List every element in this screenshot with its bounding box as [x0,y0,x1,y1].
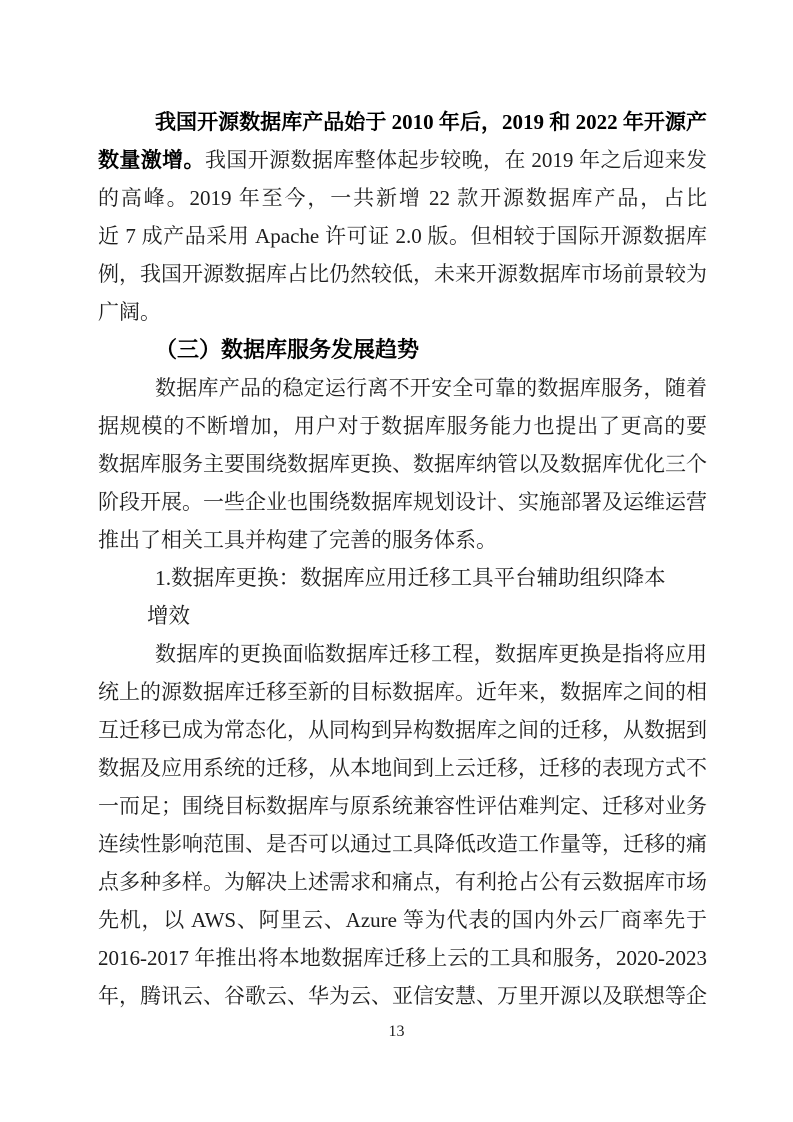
paragraph-1-line-1: 我国开源数据库产品始于 2010 年后，2019 和 2022 年开源产品 [98,103,707,141]
paragraph-2-line-4: 阶段开展。一些企业也围绕数据库规划设计、实施部署及运维运营 [98,483,707,521]
subheading-1-line-1: 1.数据库更换：数据库应用迁移工具平台辅助组织降本 [98,559,707,597]
document-page: 我国开源数据库产品始于 2010 年后，2019 和 2022 年开源产品 数量… [0,0,793,1122]
paragraph-3-line-9: 2016-2017 年推出将本地数据库迁移上云的工具和服务，2020-2023 [98,939,707,977]
paragraph-3-line-2: 统上的源数据库迁移至新的目标数据库。近年来，数据库之间的相 [98,673,707,711]
paragraph-3-line-6: 连续性影响范围、是否可以通过工具降低改造工作量等，迁移的痛 [98,825,707,863]
paragraph-3-line-1: 数据库的更换面临数据库迁移工程，数据库更换是指将应用系 [98,635,707,673]
subheading-1-line-2: 增效 [98,597,707,635]
paragraph-1-line-2: 数量激增。我国开源数据库整体起步较晚，在 2019 年之后迎来发展 [98,141,707,179]
paragraph-3-line-8: 先机，以 AWS、阿里云、Azure 等为代表的国内外云厂商率先于 [98,901,707,939]
paragraph-1-line-5: 例，我国开源数据库占比仍然较低，未来开源数据库市场前景较为 [98,255,707,293]
paragraph-3-line-5: 一而足；围绕目标数据库与原系统兼容性评估难判定、迁移对业务 [98,787,707,825]
paragraph-1-line-6: 广阔。 [98,293,707,331]
paragraph-1-line-4: 近 7 成产品采用 Apache 许可证 2.0 版。但相较于国际开源数据库比 [98,217,707,255]
page-number: 13 [0,1022,793,1042]
paragraph-3-line-4: 数据及应用系统的迁移，从本地间到上云迁移，迁移的表现方式不 [98,749,707,787]
page-body: 我国开源数据库产品始于 2010 年后，2019 和 2022 年开源产品 数量… [98,103,707,1015]
paragraph-3-line-3: 互迁移已成为常态化，从同构到异构数据库之间的迁移，从数据到 [98,711,707,749]
paragraph-2-line-2: 据规模的不断增加，用户对于数据库服务能力也提出了更高的要求。 [98,407,707,445]
paragraph-2-line-5: 推出了相关工具并构建了完善的服务体系。 [98,521,707,559]
paragraph-3-line-7: 点多种多样。为解决上述需求和痛点，有利抢占公有云数据库市场 [98,863,707,901]
bold-run: 我国开源数据库产品始于 2010 年后，2019 和 2022 年开源产品 [98,110,707,141]
paragraph-2-line-1: 数据库产品的稳定运行离不开安全可靠的数据库服务，随着数 [98,369,707,407]
paragraph-1-line-3: 的高峰。2019 年至今，一共新增 22 款开源数据库产品，占比 50.0%， [98,179,707,217]
paragraph-2-line-3: 数据库服务主要围绕数据库更换、数据库纳管以及数据库优化三个 [98,445,707,483]
bold-run: 数量激增。 [98,148,205,172]
paragraph-3-line-10: 年，腾讯云、谷歌云、华为云、亚信安慧、万里开源以及联想等企 [98,977,707,1015]
section-heading-3: （三）数据库服务发展趋势 [98,331,707,369]
